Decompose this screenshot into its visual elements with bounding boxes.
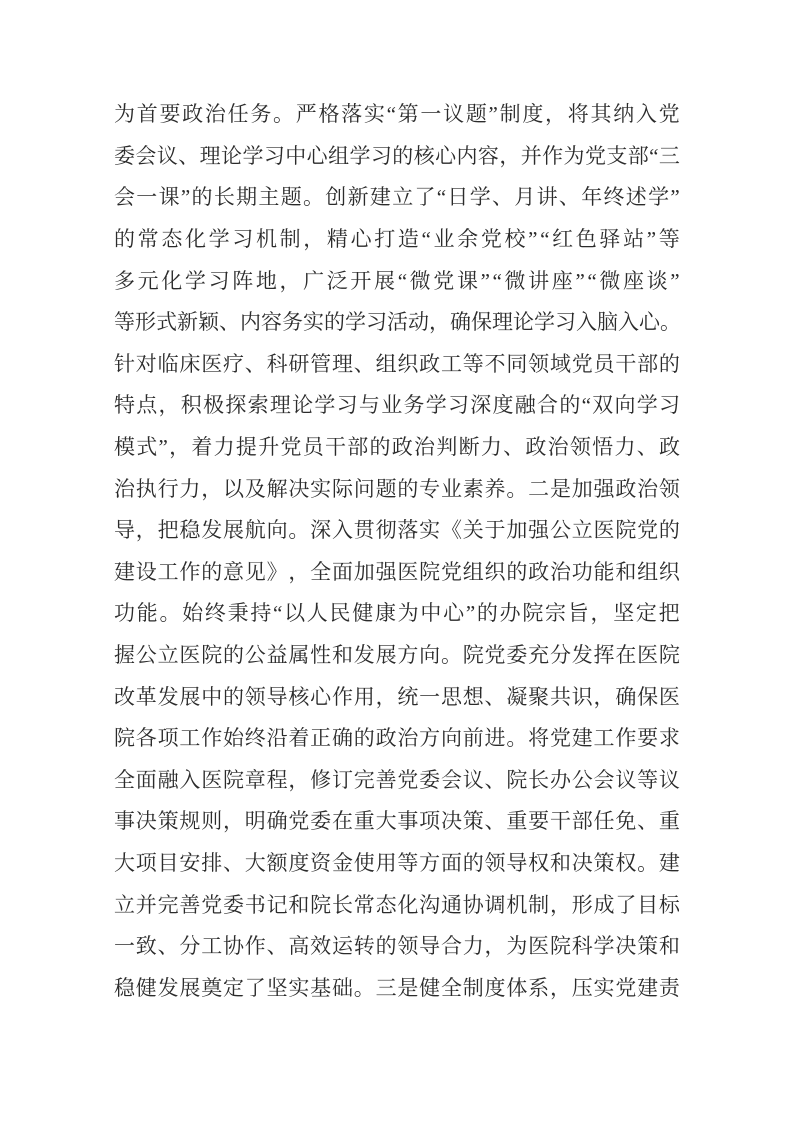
document-page: 为首要政治任务。严格落实“第一议题”制度，将其纳入党委会议、理论学习中心组学习的…: [0, 0, 793, 1122]
text-line: 稳健发展奠定了坚实基础。三是健全制度体系，压实党建责: [114, 967, 680, 1009]
text-line: 为首要政治任务。严格落实“第一议题”制度，将其纳入党: [114, 94, 680, 136]
text-line: 治执行力，以及解决实际问题的专业素养。二是加强政治领: [114, 468, 680, 510]
document-body: 为首要政治任务。严格落实“第一议题”制度，将其纳入党委会议、理论学习中心组学习的…: [114, 94, 680, 1009]
text-line: 的常态化学习机制，精心打造“业余党校”“红色驿站”等: [114, 219, 680, 261]
text-line: 等形式新颖、内容务实的学习活动，确保理论学习入脑入心。: [114, 302, 680, 344]
text-line: 委会议、理论学习中心组学习的核心内容，并作为党支部“三: [114, 136, 680, 178]
text-line: 功能。始终秉持“以人民健康为中心”的办院宗旨，坚定把: [114, 593, 680, 635]
text-line: 多元化学习阵地，广泛开展“微党课”“微讲座”“微座谈”: [114, 260, 680, 302]
text-line: 大项目安排、大额度资金使用等方面的领导权和决策权。建: [114, 843, 680, 885]
text-line: 立并完善党委书记和院长常态化沟通协调机制，形成了目标: [114, 884, 680, 926]
text-line: 模式”，着力提升党员干部的政治判断力、政治领悟力、政: [114, 427, 680, 469]
text-line: 导，把稳发展航向。深入贯彻落实《关于加强公立医院党的: [114, 510, 680, 552]
text-line: 全面融入医院章程，修订完善党委会议、院长办公会议等议: [114, 760, 680, 802]
text-line: 针对临床医疗、科研管理、组织政工等不同领域党员干部的: [114, 344, 680, 386]
text-line: 会一课”的长期主题。创新建立了“日学、月讲、年终述学”: [114, 177, 680, 219]
text-line: 改革发展中的领导核心作用，统一思想、凝聚共识，确保医: [114, 676, 680, 718]
text-line: 建设工作的意见》，全面加强医院党组织的政治功能和组织: [114, 552, 680, 594]
text-line: 握公立医院的公益属性和发展方向。院党委充分发挥在医院: [114, 635, 680, 677]
text-line: 事决策规则，明确党委在重大事项决策、重要干部任免、重: [114, 801, 680, 843]
text-line: 一致、分工协作、高效运转的领导合力，为医院科学决策和: [114, 926, 680, 968]
text-line: 特点，积极探索理论学习与业务学习深度融合的“双向学习: [114, 385, 680, 427]
text-line: 院各项工作始终沿着正确的政治方向前进。将党建工作要求: [114, 718, 680, 760]
